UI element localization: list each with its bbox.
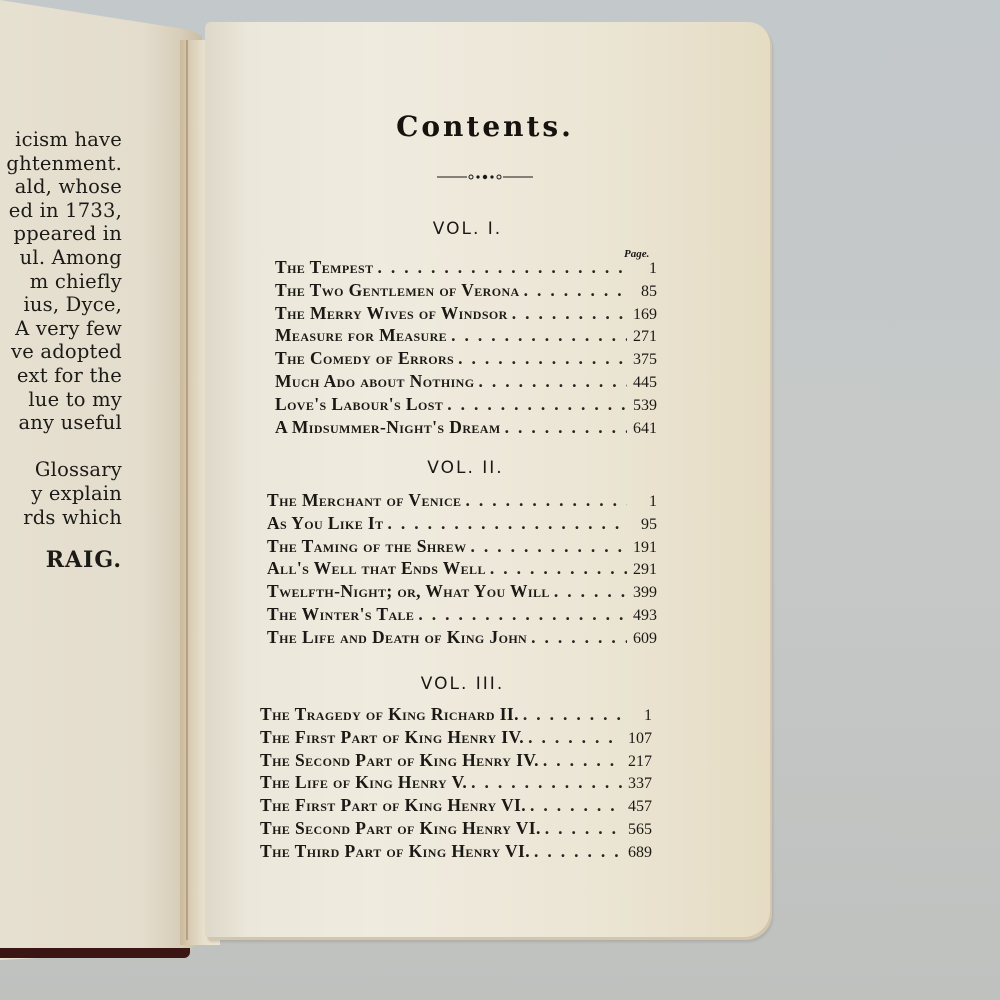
toc-entry: The First Part of King Henry VI.........… [260,795,652,818]
toc-vol-3: The Tragedy of King Richard II..........… [260,704,652,864]
toc-entry: The Two Gentlemen of Verona.............… [275,280,657,303]
cover-edge [0,948,190,958]
toc-entry: Measure for Measure.....................… [275,325,657,348]
toc-vol-2: The Merchant of Venice..................… [267,490,657,650]
text-line: ve adopted [0,340,122,364]
text-line: ext for the [0,364,122,388]
toc-entry: The Taming of the Shrew.................… [267,536,657,559]
toc-entry: The Third Part of King Henry VI.........… [260,841,652,864]
toc-entry: Love's Labour's Lost....................… [275,394,657,417]
signature: RAIG. [0,549,122,573]
left-page-text: icism have ghtenment. ald, whose ed in 1… [0,128,122,573]
right-page: Contents. VOL. I. Page. The Tempest.....… [205,22,770,937]
toc-entry: The First Part of King Henry IV.........… [260,727,652,750]
volume-heading: VOL. II. [183,458,748,478]
text-line: ppeared in [0,222,122,246]
text-line: m chiefly [0,270,122,294]
toc-entry: Twelfth-Night; or, What You Will........… [267,581,657,604]
text-line: ald, whose [0,175,122,199]
toc-entry: The Second Part of King Henry IV........… [260,750,652,773]
toc-entry: The Tragedy of King Richard II..........… [260,704,652,727]
left-page: icism have ghtenment. ald, whose ed in 1… [0,0,202,960]
volume-heading: VOL. I. [185,219,750,239]
toc-entry: All's Well that Ends Well...............… [267,558,657,581]
text-line: rds which [0,506,122,530]
page-title: Contents. [385,110,585,143]
toc-entry: Much Ado about Nothing..................… [275,371,657,394]
paragraph-gap [0,435,122,459]
volume-heading: VOL. III. [180,674,745,694]
toc-entry: The Life of King Henry V................… [260,772,652,795]
toc-entry: The Merry Wives of Windsor..............… [275,303,657,326]
text-line: lue to my [0,388,122,412]
text-line: icism have [0,128,122,152]
toc-entry: As You Like It..........................… [267,513,657,536]
gutter-crease [186,40,188,940]
toc-vol-1: The Tempest.............................… [275,257,657,439]
ornament-divider-icon [395,167,575,177]
toc-entry: The Second Part of King Henry VI........… [260,818,652,841]
text-line: A very few [0,317,122,341]
text-line: ed in 1733, [0,199,122,223]
text-line: Glossary [0,458,122,482]
text-line: ul. Among [0,246,122,270]
toc-entry: The Merchant of Venice..................… [267,490,657,513]
toc-entry: A Midsummer-Night's Dream...............… [275,417,657,440]
text-line: any useful [0,411,122,435]
text-line: ius, Dyce, [0,293,122,317]
toc-entry: The Winter's Tale.......................… [267,604,657,627]
toc-entry: The Comedy of Errors....................… [275,348,657,371]
toc-entry: The Tempest.............................… [275,257,657,280]
text-line: ghtenment. [0,152,122,176]
text-line: y explain [0,482,122,506]
toc-entry: The Life and Death of King John.........… [267,627,657,650]
